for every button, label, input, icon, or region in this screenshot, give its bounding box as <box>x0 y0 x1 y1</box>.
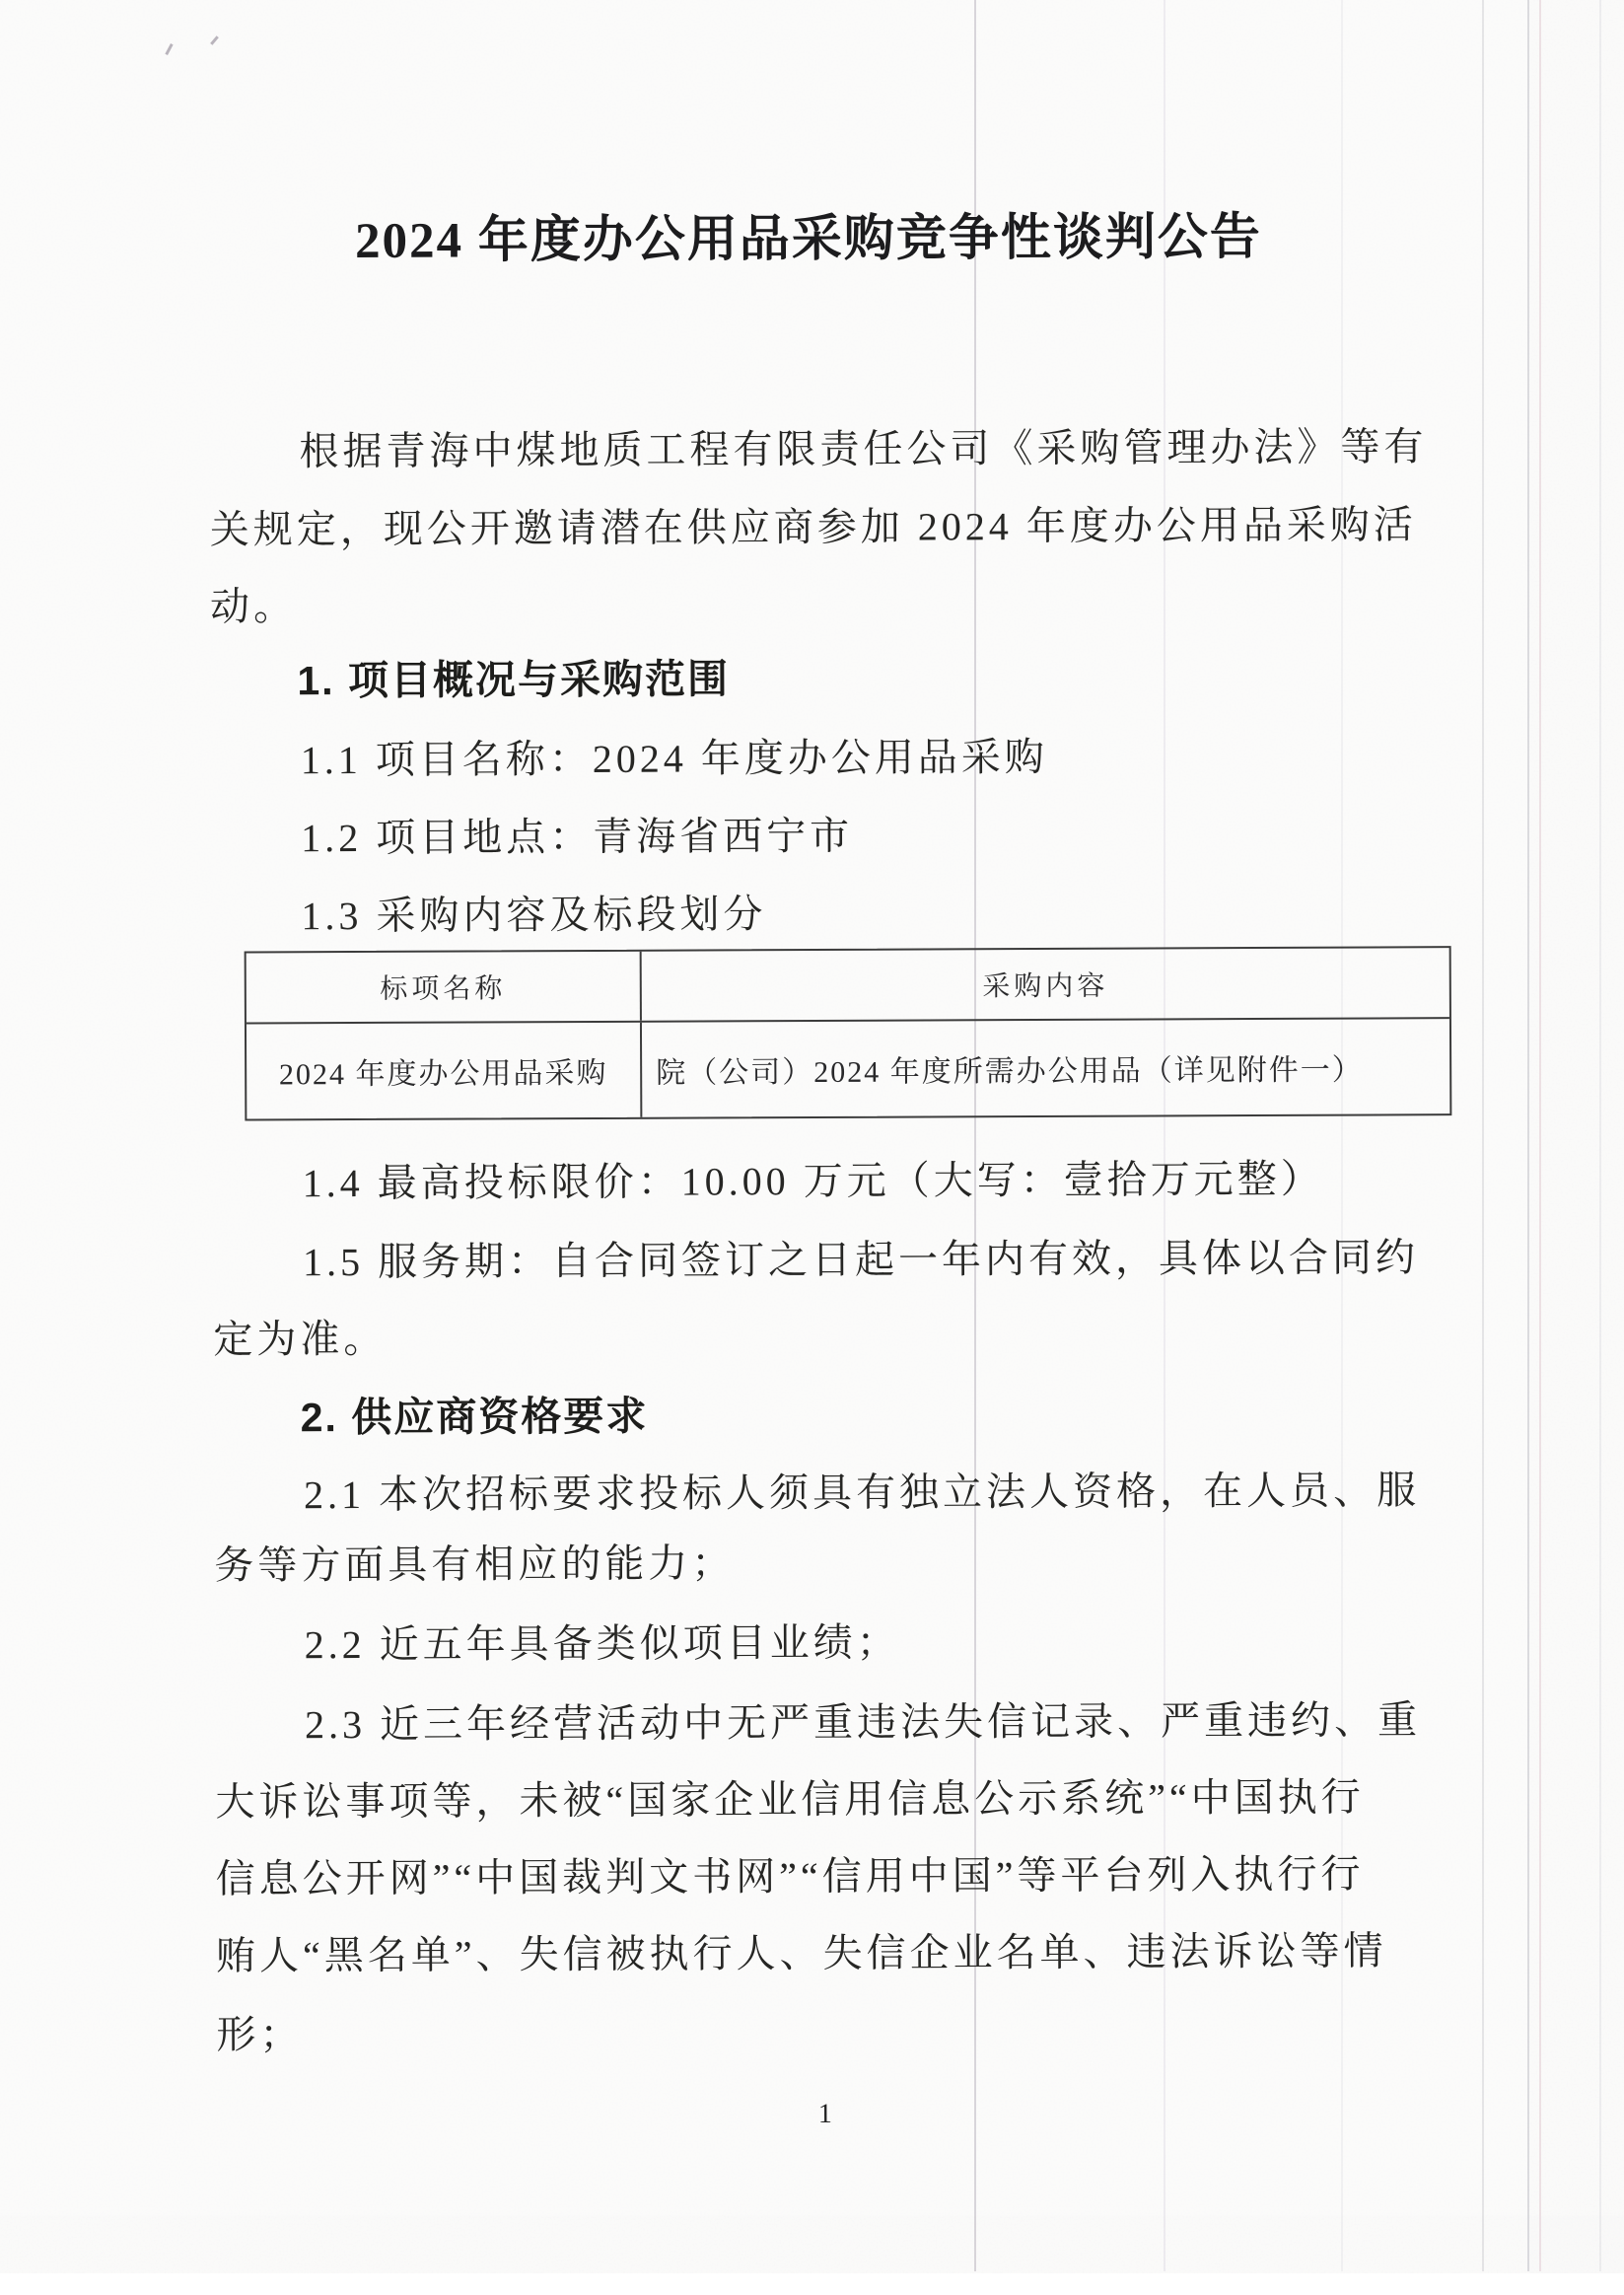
section2-heading: 2. 供应商资格要求 <box>301 1384 649 1444</box>
intro-line-3: 动。 <box>210 575 297 631</box>
item-1-2-project-location: 1.2 项目地点：青海省西宁市 <box>301 805 853 863</box>
table-header-content: 采购内容 <box>642 948 1449 1021</box>
item-2-3-line-1: 2.3 近三年经营活动中无严重违法失信记录、严重违约、重 <box>305 1688 1421 1750</box>
document-title: 2024 年度办公用品采购竞争性谈判公告 <box>0 193 1621 273</box>
item-2-3-line-2: 大诉讼事项等，未被“国家企业信用信息公示系统”“中国执行 <box>215 1766 1365 1828</box>
item-2-3-line-3: 信息公开网”“中国裁判文书网”“信用中国”等平台列入执行行 <box>216 1843 1365 1904</box>
table-header-row: 标项名称 采购内容 <box>247 948 1449 1024</box>
item-2-3-line-5: 形； <box>216 2003 303 2059</box>
table-cell-content: 院（公司）2024 年度所需办公用品（详见附件一） <box>642 1019 1449 1117</box>
item-2-2: 2.2 近五年具备类似项目业绩； <box>305 1612 900 1671</box>
procurement-table: 标项名称 采购内容 2024 年度办公用品采购 院（公司）2024 年度所需办公… <box>245 946 1452 1120</box>
item-1-1-project-name: 1.1 项目名称：2024 年度办公用品采购 <box>301 726 1048 785</box>
scanned-document-page: 2024 年度办公用品采购竞争性谈判公告 根据青海中煤地质工程有限责任公司《采购… <box>0 0 1624 2295</box>
table-cell-item-name: 2024 年度办公用品采购 <box>247 1023 642 1119</box>
section1-heading: 1. 项目概况与采购范围 <box>297 646 730 706</box>
item-2-1-line-2: 务等方面具有相应的能力； <box>214 1532 735 1590</box>
table-row: 2024 年度办公用品采购 院（公司）2024 年度所需办公用品（详见附件一） <box>247 1019 1449 1118</box>
intro-line-2: 关规定，现公开邀请潜在供应商参加 2024 年度办公用品采购活 <box>210 493 1417 554</box>
intro-line-1: 根据青海中煤地质工程有限责任公司《采购管理办法》等有 <box>299 415 1427 476</box>
scan-bottom-edge <box>0 2273 1624 2295</box>
table-header-item-name: 标项名称 <box>247 952 642 1023</box>
item-1-5-service-period-line-2: 定为准。 <box>213 1308 387 1365</box>
item-1-3-scope: 1.3 采购内容及标段划分 <box>301 883 766 941</box>
item-2-3-line-4: 贿人“黑名单”、失信被执行人、失信企业名单、违法诉讼等情 <box>216 1919 1387 1980</box>
page-number: 1 <box>5 2095 1624 2133</box>
document-content: 2024 年度办公用品采购竞争性谈判公告 根据青海中煤地质工程有限责任公司《采购… <box>0 0 1624 2295</box>
item-1-4-price-limit: 1.4 最高投标限价：10.00 万元（大写：壹拾万元整） <box>303 1148 1324 1209</box>
item-1-5-service-period-line-1: 1.5 服务期：自合同签订之日起一年内有效，具体以合同约 <box>303 1226 1419 1287</box>
item-2-1-line-1: 2.1 本次招标要求投标人须具有独立法人资格，在人员、服 <box>304 1459 1420 1520</box>
